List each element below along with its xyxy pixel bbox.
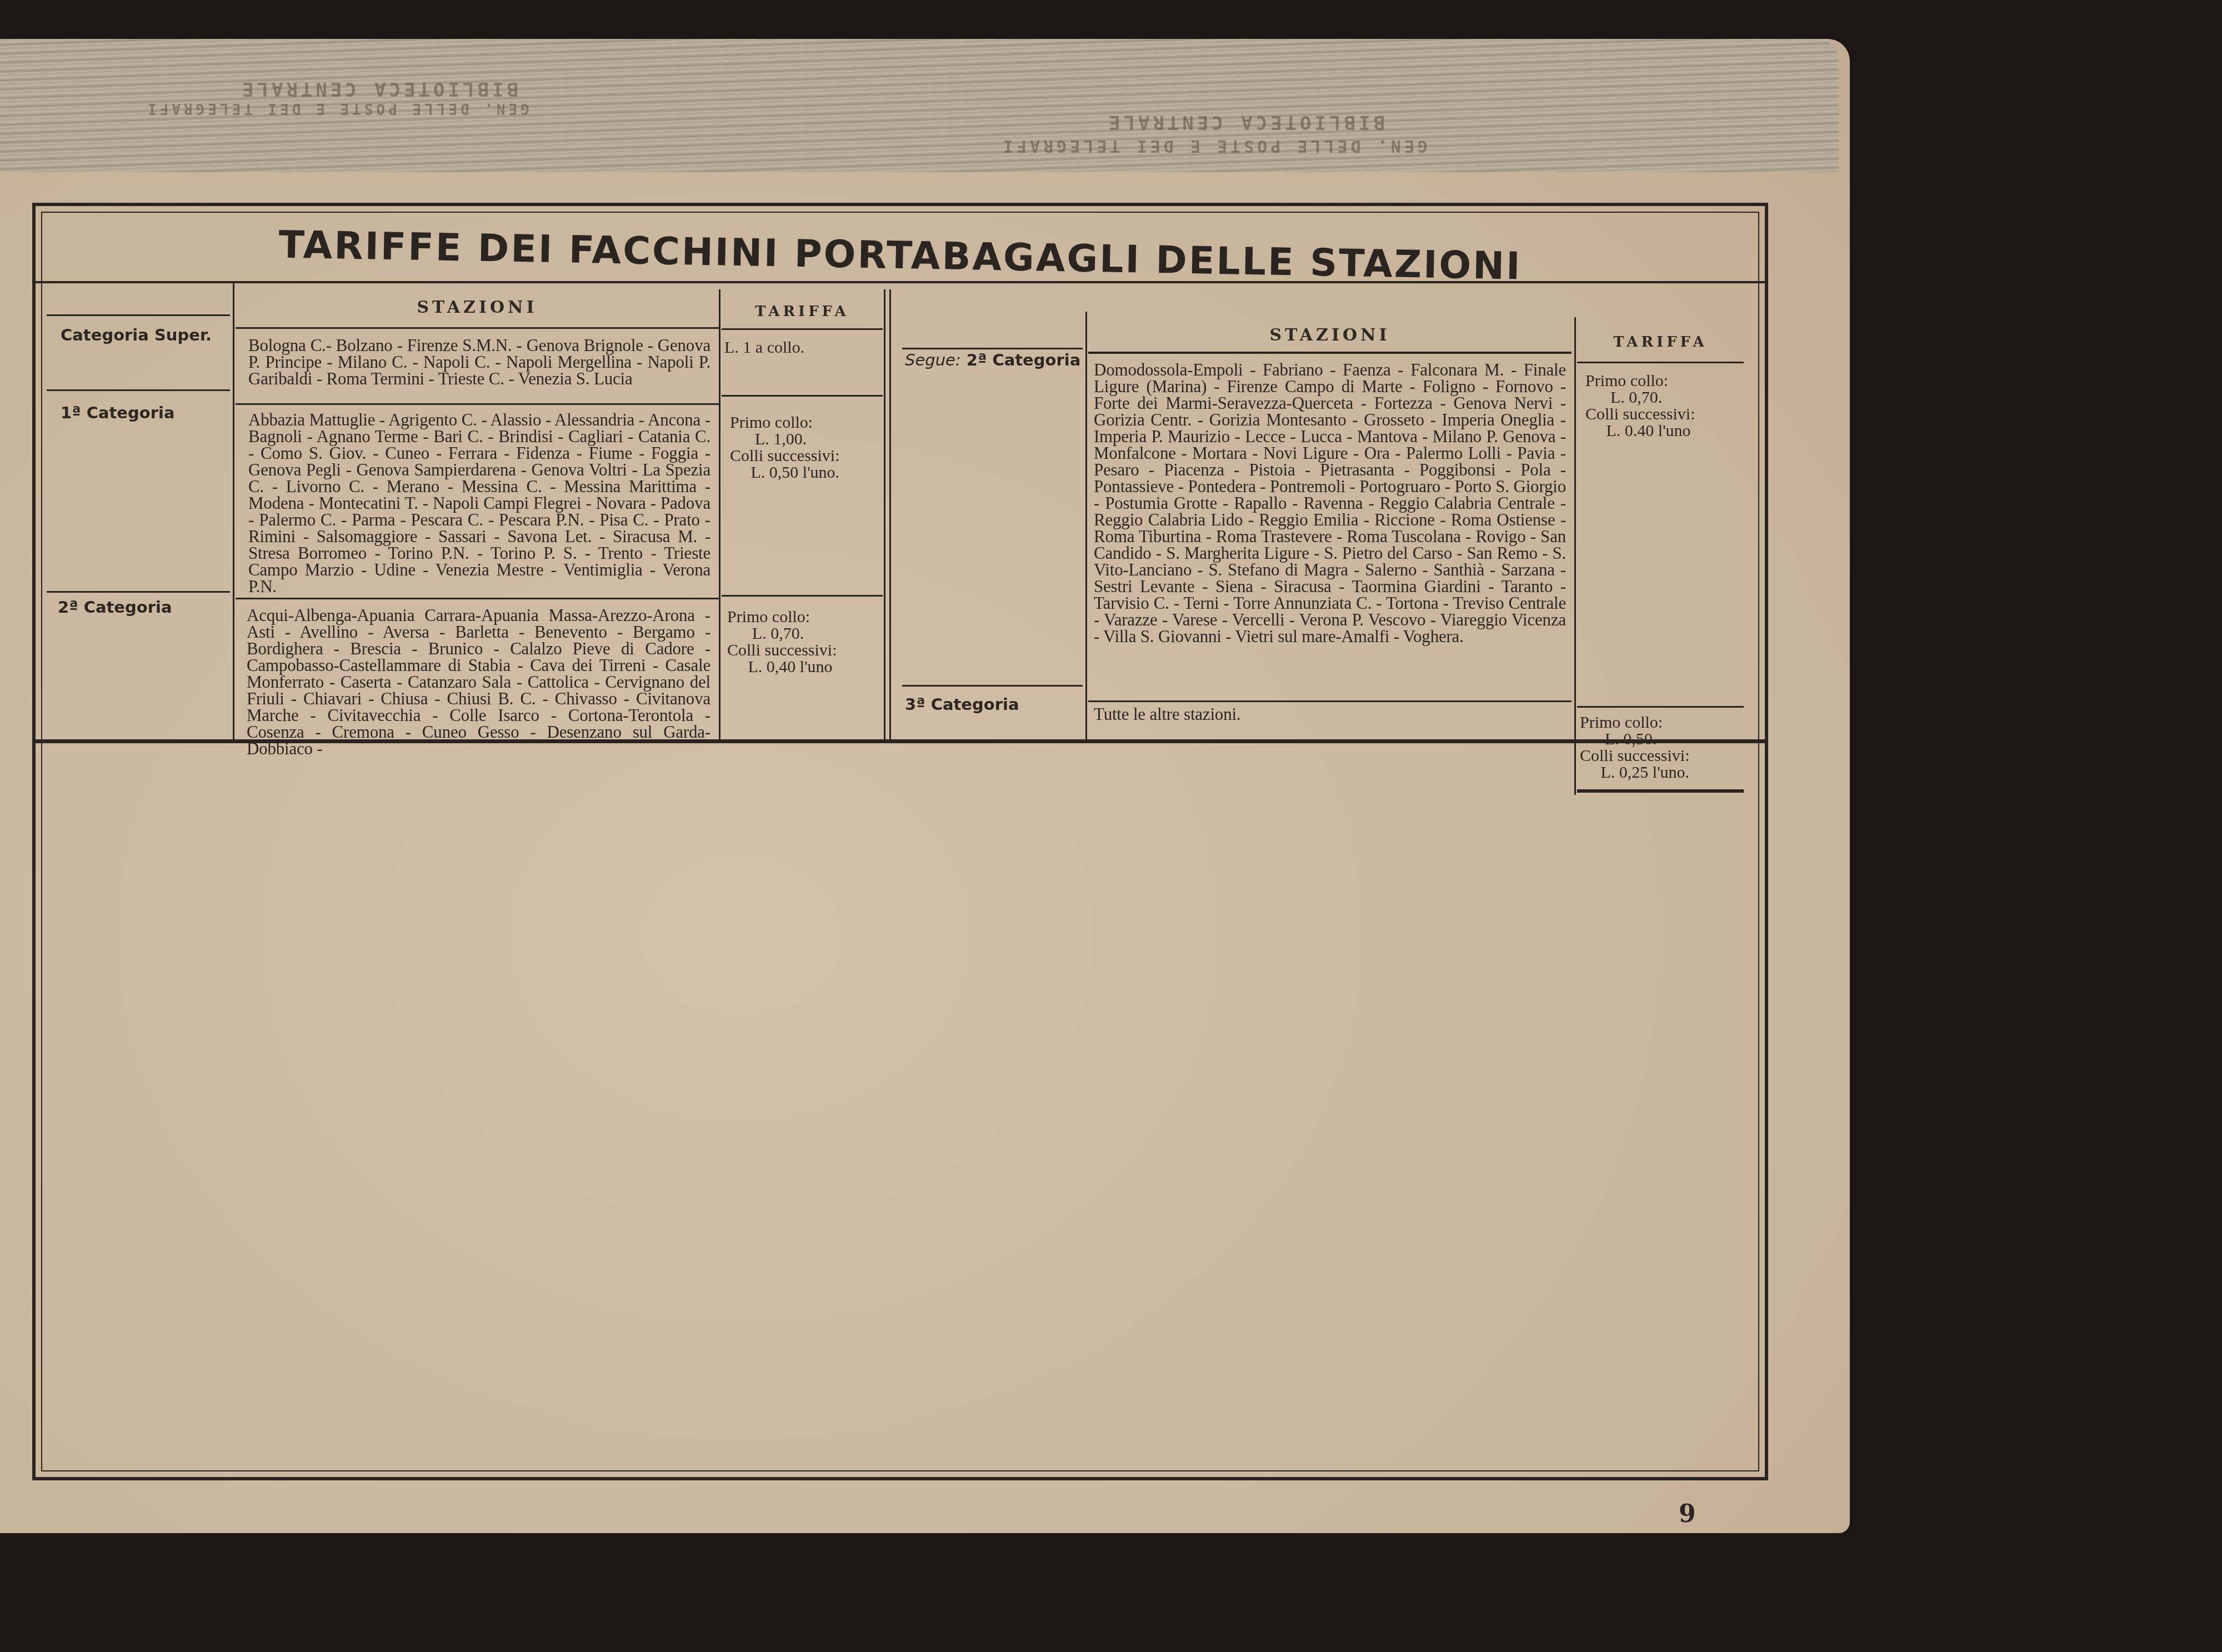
tariff-value: Primo collo: L. 0,70. Colli successivi: …: [727, 609, 837, 675]
library-stamp: BIBLIOTECA CENTRALE: [239, 78, 518, 100]
stations-list: Bologna C.- Bolzano - Firenze S.M.N. - G…: [248, 337, 710, 387]
category-label: 2ª Categoria: [58, 598, 172, 617]
row-rule: [1577, 362, 1744, 363]
row-rule: [1577, 706, 1744, 708]
category-label: 3ª Categoria: [905, 695, 1019, 714]
row-rule: [1577, 789, 1744, 793]
library-stamp: GEN. DELLE POSTE E DEI TELEGRAFI: [144, 100, 529, 117]
column-divider: [1574, 317, 1576, 795]
tariff-value: L. 1 a collo.: [724, 339, 804, 356]
row-rule: [236, 403, 719, 405]
row-rule: [722, 395, 883, 397]
category-label: Categoria Super.: [61, 326, 212, 344]
row-rule: [1088, 352, 1572, 354]
tariff-value: Primo collo: L. 0,50. Colli successivi: …: [1580, 714, 1690, 781]
column-divider: [719, 289, 720, 742]
category-text: 2ª Categoria: [967, 351, 1081, 369]
page-number: 9: [1679, 1500, 1696, 1528]
column-divider: [233, 281, 234, 742]
tariff-header: TARIFFA: [1577, 334, 1744, 351]
stations-list: Domodossola-Empoli - Fabriano - Faenza -…: [1094, 362, 1566, 645]
title-divider: [36, 281, 1765, 283]
tariff-value: Primo collo: L. 1,00. Colli successivi: …: [730, 414, 840, 481]
column-divider: [889, 289, 891, 742]
table-frame: TARIFFE DEI FACCHINI PORTABAGAGLI DELLE …: [32, 203, 1768, 1480]
page-stack-edge: BIBLIOTECA CENTRALE GEN. DELLE POSTE E D…: [0, 39, 1839, 172]
category-label: 1ª Categoria: [61, 403, 175, 422]
row-rule: [47, 591, 230, 593]
column-divider: [1085, 312, 1087, 742]
row-rule: [1088, 700, 1572, 702]
row-rule: [236, 598, 719, 599]
category-label: Segue: 2ª Categoria: [905, 351, 1080, 369]
tariff-value: Primo collo: L. 0,70. Colli successivi: …: [1585, 373, 1695, 439]
stations-list: Acqui-Albenga-Apuania Carrara-Apuania Ma…: [247, 607, 710, 757]
row-rule: [47, 389, 230, 391]
row-rule: [236, 327, 719, 329]
continued-label: Segue:: [905, 351, 961, 369]
row-rule: [902, 348, 1083, 349]
library-stamp: GEN. DELLE POSTE E DEI TELEGRAFI: [1000, 136, 1428, 156]
stations-list: Abbazia Mattuglie - Agrigento C. - Alass…: [248, 412, 710, 595]
tariff-header: TARIFFA: [722, 303, 883, 320]
row-rule: [722, 595, 883, 597]
stations-header: STAZIONI: [1088, 326, 1572, 345]
column-divider: [884, 289, 885, 742]
stations-header: STAZIONI: [236, 298, 719, 317]
category-text: 1ª Categoria: [61, 403, 175, 422]
row-rule: [47, 314, 230, 316]
library-stamp: BIBLIOTECA CENTRALE: [1105, 111, 1385, 133]
stations-list: Tutte le altre stazioni.: [1094, 706, 1566, 723]
row-rule: [902, 685, 1083, 687]
row-rule: [722, 328, 883, 330]
